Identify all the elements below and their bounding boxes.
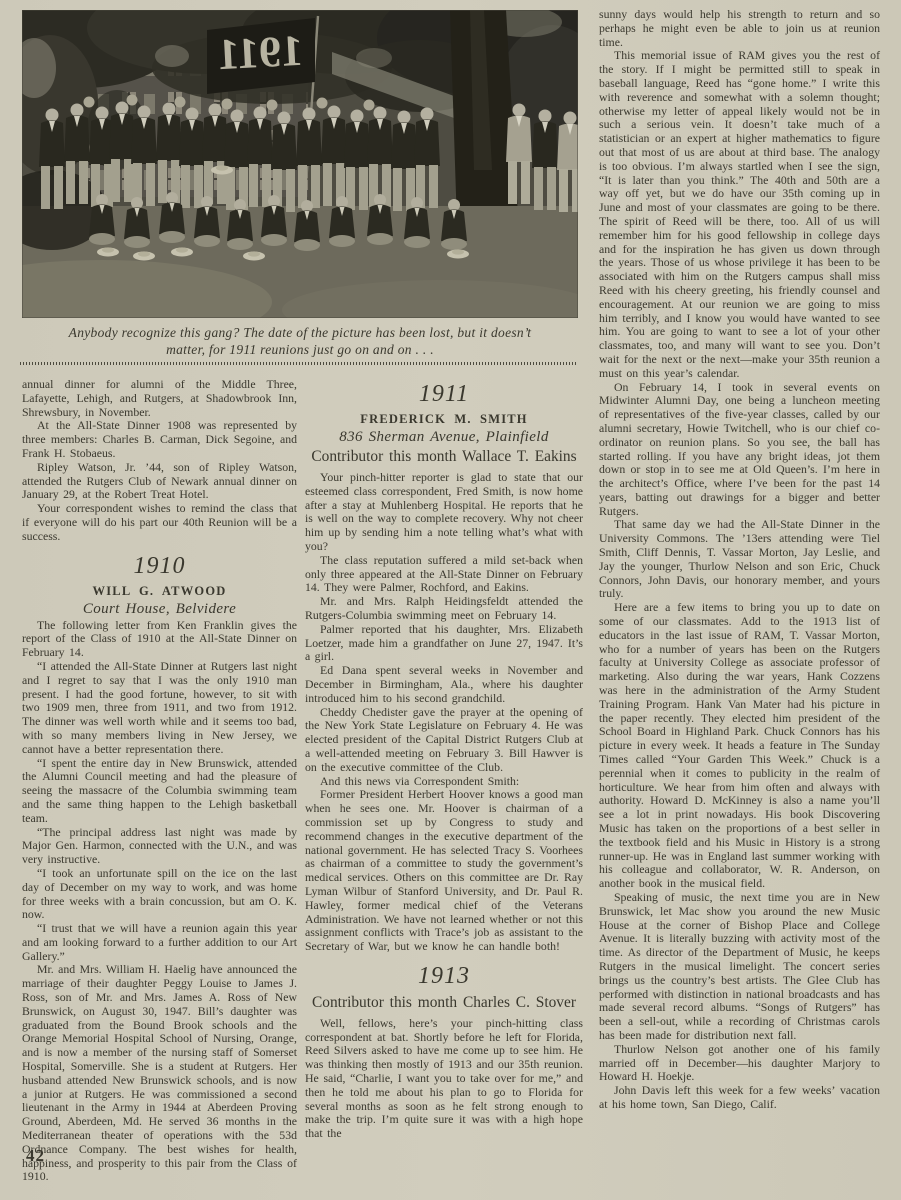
section-heading-1911: 1911 (305, 381, 583, 407)
paragraph: The following letter from Ken Franklin g… (22, 619, 297, 660)
dotted-divider-rule (20, 361, 578, 365)
paragraph: Speaking of music, the next time you are… (599, 891, 880, 1043)
paragraph: “I took an unfortunate spill on the ice … (22, 867, 297, 922)
correspondent-address-1911: 836 Sherman Avenue, Plainfield (305, 428, 583, 446)
paragraph: Thurlow Nelson got another one of his fa… (599, 1043, 880, 1084)
paragraph: Ed Dana spent several weeks in November … (305, 664, 583, 705)
paragraph: On February 14, I took in several events… (599, 381, 880, 519)
reunion-photo-illustration: 1911 (22, 10, 578, 318)
paragraph: This memorial issue of RAM gives you the… (599, 49, 880, 380)
paragraph: Palmer reported that his daughter, Mrs. … (305, 623, 583, 664)
paragraph: “I attended the All-State Dinner at Rutg… (22, 660, 297, 757)
reunion-photo: 1911 (22, 10, 578, 318)
paragraph: sunny days would help his strength to re… (599, 8, 880, 49)
paragraph: Your correspondent wishes to remind the … (22, 502, 297, 543)
paragraph: annual dinner for alumni of the Middle T… (22, 378, 297, 419)
paragraph: At the All-State Dinner 1908 was represe… (22, 419, 297, 460)
left-column: annual dinner for alumni of the Middle T… (22, 378, 297, 1184)
paragraph: Mr. and Mrs. Ralph Heidingsfeldt attende… (305, 595, 583, 623)
section-heading-1913: 1913 (305, 963, 583, 989)
paragraph: Mr. and Mrs. William H. Haelig have anno… (22, 963, 297, 1184)
paragraph: “I trust that we will have a reunion aga… (22, 922, 297, 963)
paragraph: And this news via Correspondent Smith: (305, 775, 583, 789)
photo-caption: Anybody recognize this gang? The date of… (22, 324, 578, 358)
middle-column: 1911 FREDERICK M. SMITH 836 Sherman Aven… (305, 372, 583, 1141)
paragraph: That same day we had the All-State Dinne… (599, 518, 880, 601)
correspondent-name-1911: FREDERICK M. SMITH (305, 412, 583, 427)
pennant-year-text: 1911 (216, 26, 304, 79)
page-number: 42 (26, 1146, 45, 1166)
paragraph: Your pinch-hitter reporter is glad to st… (305, 471, 583, 554)
paragraph: Cheddy Chedister gave the prayer at the … (305, 706, 583, 775)
paragraph: The class reputation suffered a mild set… (305, 554, 583, 595)
right-column: sunny days would help his strength to re… (599, 8, 880, 1112)
paragraph: Here are a few items to bring you up to … (599, 601, 880, 891)
paragraph: Well, fellows, here’s your pinch-hitting… (305, 1017, 583, 1141)
correspondent-name-1910: WILL G. ATWOOD (22, 584, 297, 599)
correspondent-address-1910: Court House, Belvidere (22, 600, 297, 618)
section-heading-1910: 1910 (22, 553, 297, 579)
photo-caption-line2: matter, for 1911 reunions just go on and… (22, 341, 578, 358)
paragraph: Former President Herbert Hoover knows a … (305, 788, 583, 954)
contributor-line-1913: Contributor this month Charles C. Stover (305, 994, 583, 1012)
contributor-line-1911: Contributor this month Wallace T. Eakins (305, 448, 583, 466)
paragraph: Ripley Watson, Jr. ’44, son of Ripley Wa… (22, 461, 297, 502)
paragraph: “The principal address last night was ma… (22, 826, 297, 867)
paragraph: John Davis left this week for a few week… (599, 1084, 880, 1112)
magazine-page: 1911 (0, 0, 901, 1200)
paragraph: “I spent the entire day in New Brunswick… (22, 757, 297, 826)
photo-caption-line1: Anybody recognize this gang? The date of… (22, 324, 578, 341)
